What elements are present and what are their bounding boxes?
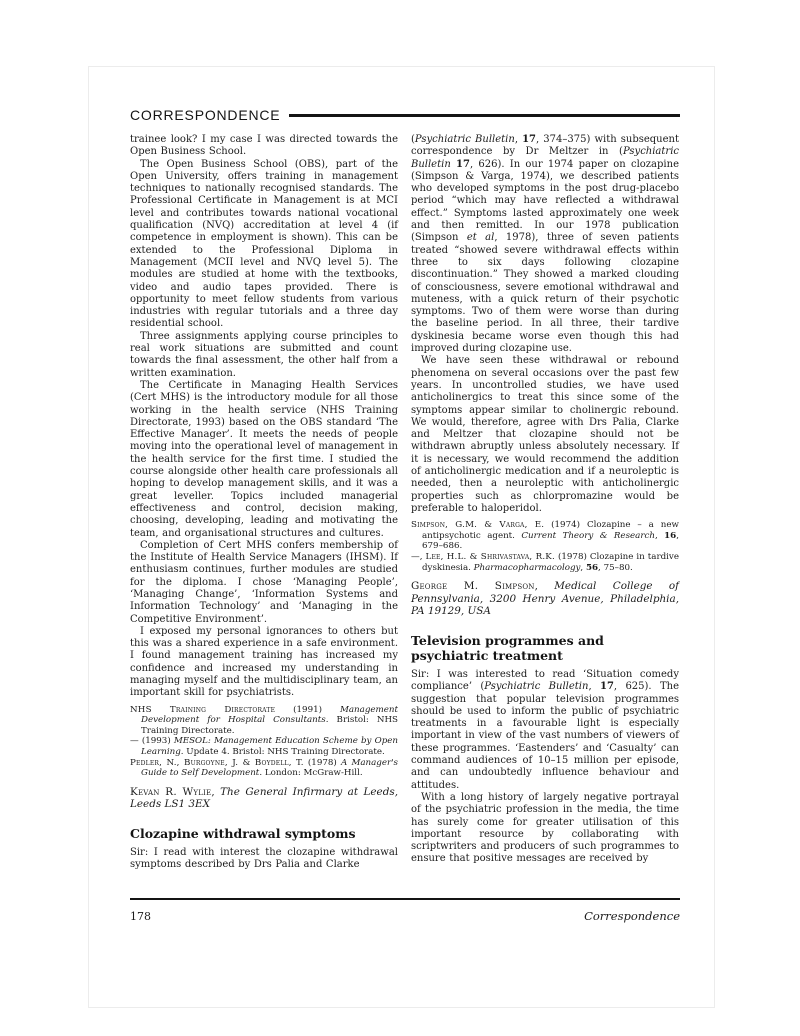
paragraph: The Certificate in Managing Health Servi… — [130, 380, 398, 540]
section-masthead: CORRESPONDENCE — [130, 107, 280, 123]
text-run: Simpson, G.M. & Varga, E. — [411, 520, 544, 530]
column-left: trainee look? I my case I was directed t… — [130, 134, 398, 898]
text-run: . Update 4. Bristol: NHS Training Direct… — [181, 747, 385, 757]
column-right: (Psychiatric Bulletin, 17, 374–375) with… — [411, 134, 679, 898]
paragraph: Sir: I read with interest the clozapine … — [130, 847, 398, 872]
reference-item: Simpson, G.M. & Varga, E. (1974) Clozapi… — [411, 520, 679, 552]
reference-item: — (1993) MESOL: Management Education Sch… — [130, 736, 398, 757]
text-run: 56 — [586, 563, 598, 573]
reference-list: Simpson, G.M. & Varga, E. (1974) Clozapi… — [411, 520, 679, 573]
text-run: Psychiatric Bulletin — [415, 134, 515, 145]
text-run: With a long history of largely negative … — [411, 792, 679, 864]
paragraph: I exposed my personal ignorances to othe… — [130, 626, 398, 700]
text-run: 17 — [522, 134, 536, 145]
two-column-text: trainee look? I my case I was directed t… — [130, 134, 680, 898]
text-run: , 626). In our 1974 paper on clozapine (… — [411, 159, 679, 244]
page: CORRESPONDENCE trainee look? I my case I… — [130, 106, 680, 898]
text-run: Completion of Cert MHS confers membershi… — [130, 540, 398, 625]
text-run: (1991) — [275, 705, 340, 715]
text-run: — (1993) — [130, 736, 174, 746]
author-signature: Kevan R. Wylie, The General Infirmary at… — [130, 786, 398, 811]
letter-title: Clozapine withdrawal symptoms — [130, 826, 398, 842]
text-run: 16 — [664, 531, 676, 541]
paragraph: We have seen these withdrawal or rebound… — [411, 355, 679, 515]
text-run: . London: McGraw-Hill. — [259, 768, 362, 778]
text-run: (1978) — [304, 758, 341, 768]
text-run: , — [515, 134, 522, 145]
text-run: , 625). The suggestion that popular tele… — [411, 681, 679, 790]
text-run: 17 — [600, 681, 614, 692]
paragraph: trainee look? I my case I was directed t… — [130, 134, 398, 159]
text-run: Pedler, N., Burgoyne, J. & Boydell, T. — [130, 758, 304, 768]
text-run: The Open Business School (OBS), part of … — [130, 159, 398, 330]
paragraph: The Open Business School (OBS), part of … — [130, 159, 398, 331]
text-run: , — [535, 580, 555, 592]
text-run: —, — [411, 552, 425, 562]
text-run: trainee look? I my case I was directed t… — [130, 134, 398, 157]
masthead-rule — [289, 114, 680, 117]
text-run: , 75–80. — [598, 563, 633, 573]
text-run: I exposed my personal ignorances to othe… — [130, 626, 398, 698]
text-run: , 1978), three of seven patients treated… — [411, 232, 679, 354]
text-run: Sir: I read with interest the clozapine … — [130, 847, 398, 870]
text-run: Psychiatric Bulletin — [484, 681, 588, 692]
running-title: Correspondence — [584, 909, 680, 923]
paragraph: Sir: I was interested to read ‘Situation… — [411, 669, 679, 792]
paragraph: With a long history of largely negative … — [411, 792, 679, 866]
text-run: George M. Simpson — [411, 580, 535, 592]
letter-title: Television programmes and psychiatric tr… — [411, 633, 679, 664]
reference-item: NHS Training Directorate (1991) Manageme… — [130, 705, 398, 737]
page-number: 178 — [130, 910, 151, 923]
text-run: Pharmacopharmacology — [474, 563, 581, 573]
text-run: The Certificate in Managing Health Servi… — [130, 380, 398, 539]
text-run: We have seen these withdrawal or rebound… — [411, 355, 679, 514]
text-run: 17 — [456, 159, 470, 170]
text-run: Three assignments applying course princi… — [130, 331, 398, 379]
masthead: CORRESPONDENCE — [130, 106, 680, 123]
author-signature: George M. Simpson, Medical College of Pe… — [411, 580, 679, 618]
text-run: , — [655, 531, 664, 541]
paragraph: Completion of Cert MHS confers membershi… — [130, 540, 398, 626]
reference-item: —, Lee, H.L. & Shrivastava, R.K. (1978) … — [411, 552, 679, 573]
text-run: NHS Training Directorate — [130, 705, 275, 715]
text-run: , — [588, 681, 600, 692]
text-run: Current Theory & Research — [521, 531, 655, 541]
page-footer: 178 Correspondence — [130, 898, 680, 923]
reference-item: Pedler, N., Burgoyne, J. & Boydell, T. (… — [130, 758, 398, 779]
text-run: Lee, H.L. & Shrivastava, R.K. — [425, 552, 554, 562]
text-run: et al — [467, 232, 495, 243]
reference-list: NHS Training Directorate (1991) Manageme… — [130, 705, 398, 779]
paragraph: Three assignments applying course princi… — [130, 331, 398, 380]
text-run: Kevan R. Wylie — [130, 786, 211, 798]
text-run: , — [211, 786, 220, 798]
paragraph: (Psychiatric Bulletin, 17, 374–375) with… — [411, 134, 679, 355]
